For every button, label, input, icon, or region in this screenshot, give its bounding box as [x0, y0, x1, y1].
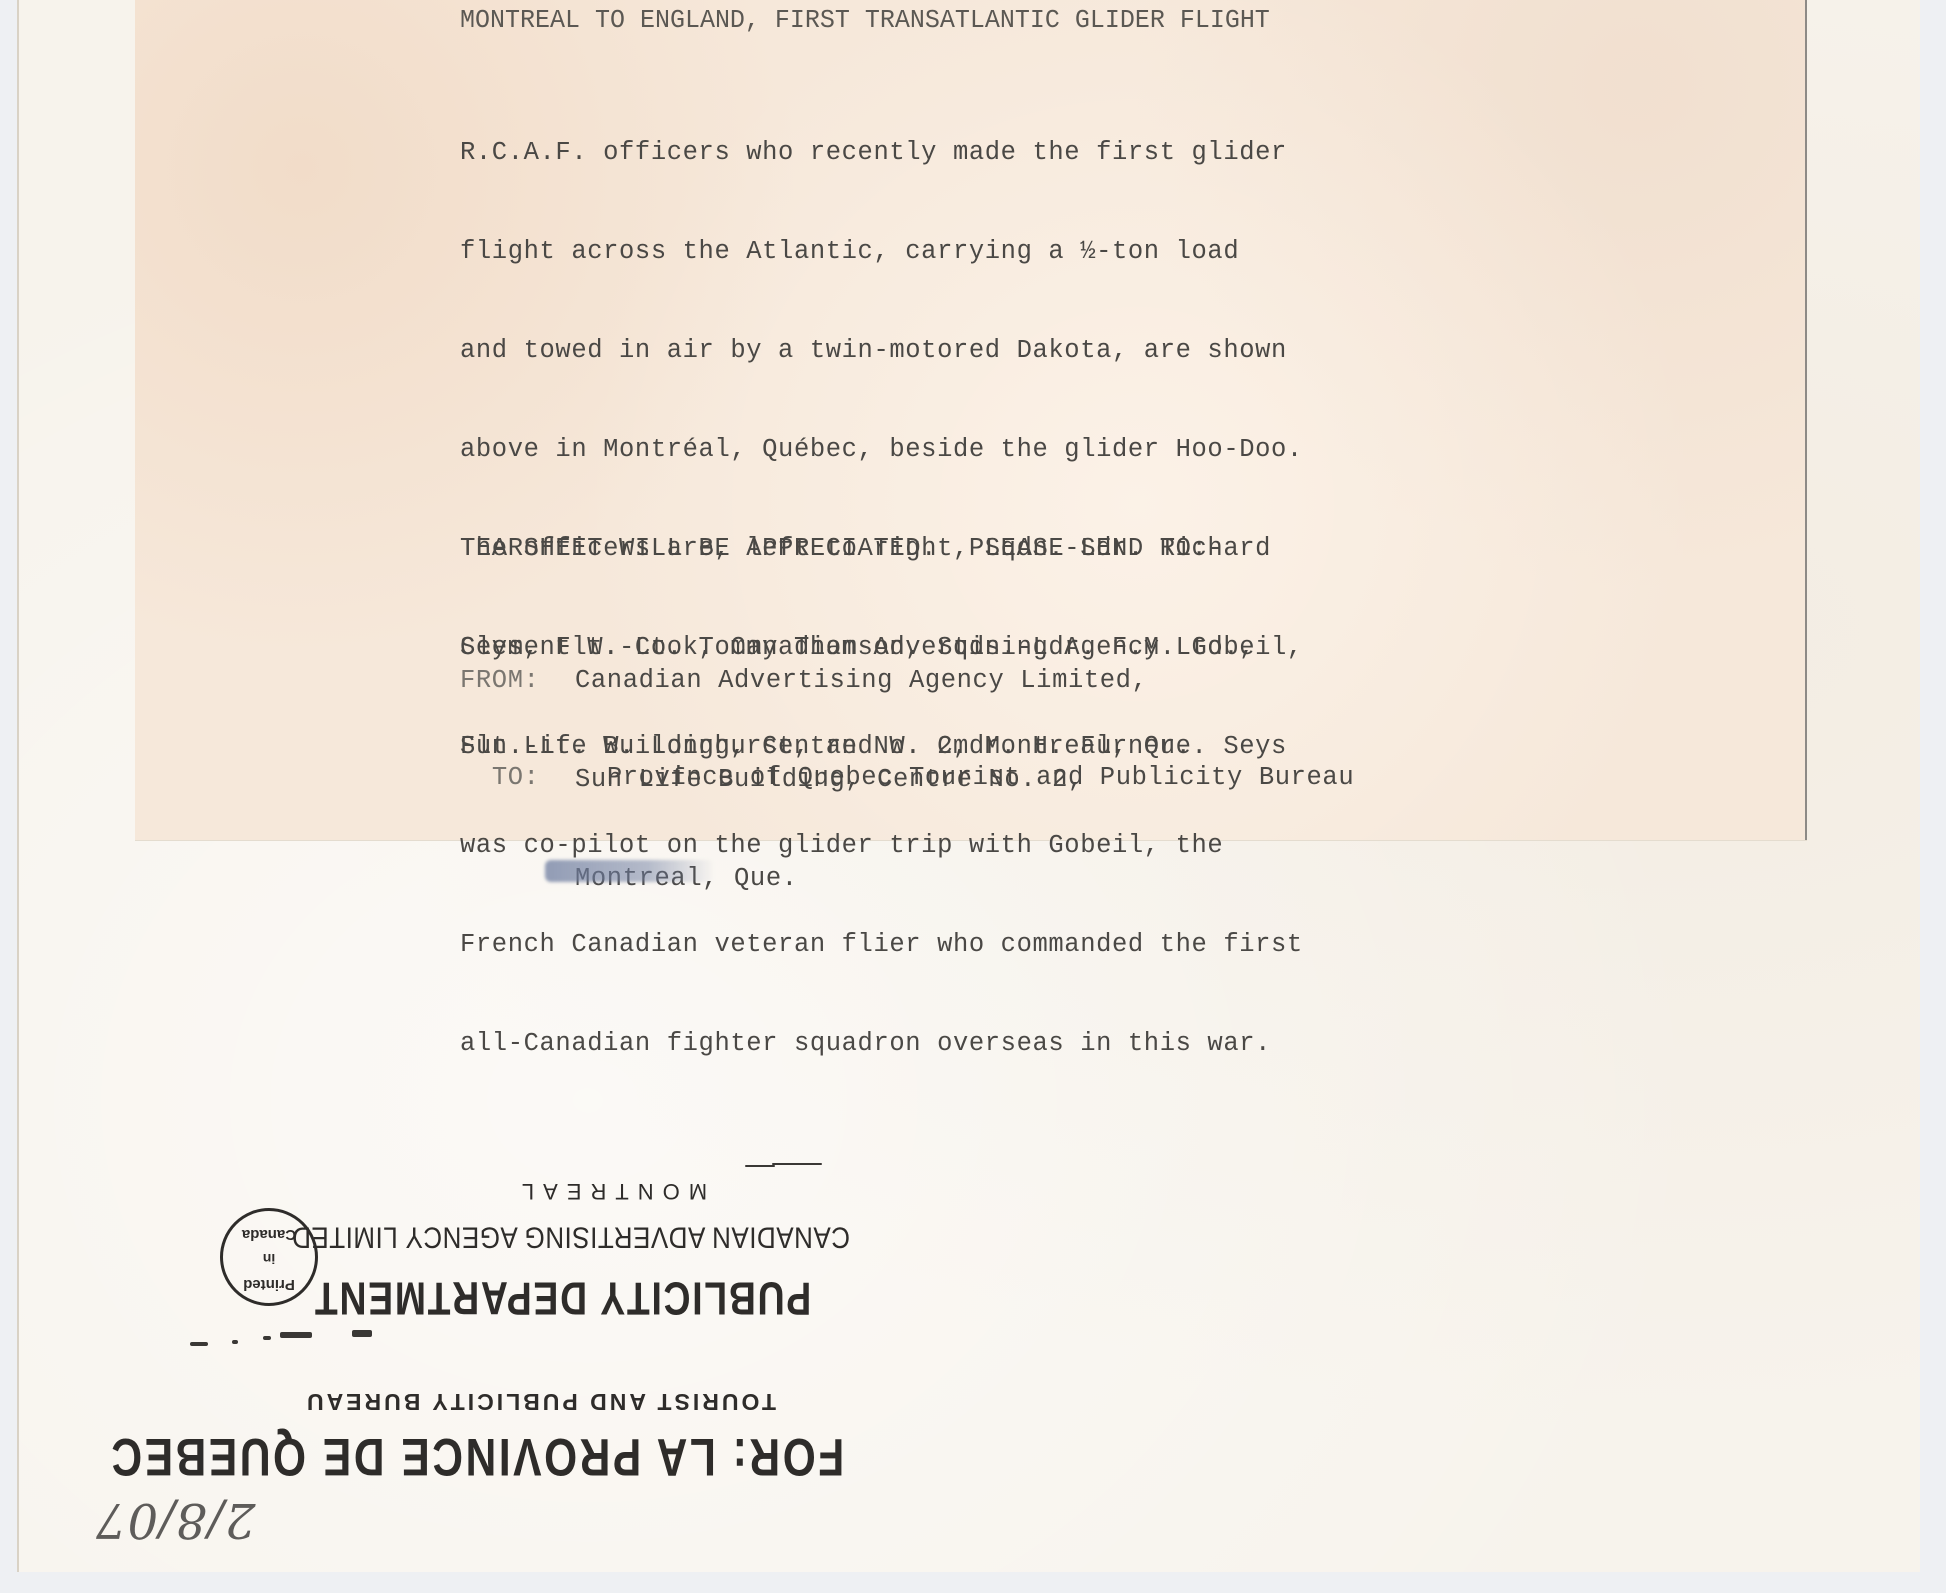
handwritten-date: 2/8/07	[95, 1492, 256, 1548]
stamp-mark	[745, 1165, 775, 1167]
stamp-publicity-department: PUBLICITY DEPARTMENT	[429, 1271, 812, 1324]
caption-line: French Canadian veteran flier who comman…	[460, 928, 1303, 961]
caption-line: and towed in air by a twin-motored Dakot…	[460, 334, 1303, 367]
to-value: Province of Quebec Tourist and Publicity…	[607, 763, 1354, 792]
stamp-mark	[232, 1340, 238, 1344]
ink-smudge	[545, 860, 715, 882]
stamp-montreal: MONTREAL	[490, 1178, 730, 1204]
stamp-mark	[280, 1332, 312, 1338]
to-block: TO:Province of Quebec Tourist and Public…	[460, 728, 1354, 794]
circle-stamp-text: Canada	[223, 1226, 315, 1243]
tearsheet-heading: TEARSHEET WILL BE APPRECIATED. PLEASE SE…	[460, 532, 1255, 565]
circle-stamp-text: Printed	[223, 1276, 315, 1293]
stamp-mark	[190, 1342, 208, 1346]
stamp-mark	[772, 1163, 822, 1165]
printed-in-canada-stamp: Printed in Canada	[220, 1208, 318, 1306]
caption-line: all-Canadian fighter squadron overseas i…	[460, 1027, 1303, 1060]
from-label: FROM:	[460, 664, 575, 697]
stamp-tourist-bureau: TOURIST AND PUBLICITY BUREAU	[280, 1388, 800, 1415]
caption-line: R.C.A.F. officers who recently made the …	[460, 136, 1303, 169]
stamp-mark	[352, 1330, 372, 1337]
circle-stamp-text: in	[223, 1251, 315, 1267]
caption-line: flight across the Atlantic, carrying a ½…	[460, 235, 1303, 268]
to-label: TO:	[492, 761, 607, 794]
from-line: Canadian Advertising Agency Limited,	[575, 666, 1148, 695]
stamp-mark	[263, 1336, 271, 1340]
stamp-province-de-quebec: FOR: LA PROVINCE DE QUEBEC	[326, 1427, 845, 1488]
stamp-agency-name: CANADIAN ADVERTISING AGENCY LIMITED	[360, 1220, 850, 1256]
caption-line: above in Montréal, Québec, beside the gl…	[460, 433, 1303, 466]
caption-title: MONTREAL TO ENGLAND, FIRST TRANSATLANTIC…	[460, 4, 1270, 37]
